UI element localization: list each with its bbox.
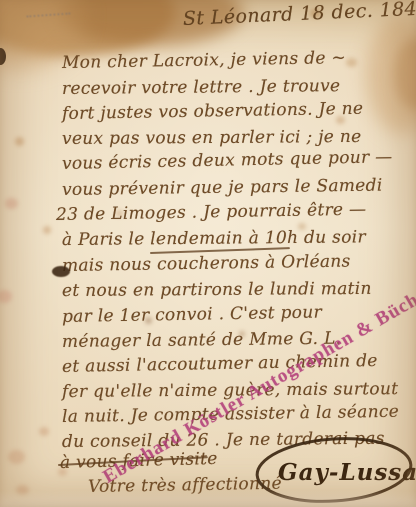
letter-line: Mon cher Lacroix, je viens de ~: [62, 47, 346, 74]
signature-text: Gay-Lussac: [278, 459, 416, 486]
ink-blot: [52, 266, 70, 277]
letter-line: par le 1er convoi . C'est pour: [62, 301, 322, 328]
foxing-spot: [39, 427, 49, 436]
foxing-spot: [16, 485, 29, 495]
foxing-spot: [15, 137, 24, 146]
letter-line: 23 de Limoges . Je pourrais être —: [56, 199, 367, 226]
foxing-spot: [5, 198, 18, 209]
letter-line: vous écris ces deux mots que pour —: [62, 146, 393, 175]
foxing-spot: [0, 290, 12, 303]
letter-line: et nous en partirons le lundi matin: [62, 278, 372, 302]
foxing-spot: [8, 450, 25, 464]
letter-line: fort justes vos observations. Je ne: [62, 98, 364, 125]
letter-line: recevoir votre lettre . Je trouve: [62, 75, 341, 100]
letter-line: veux pas vous en parler ici ; je ne: [62, 126, 362, 150]
letter-page: St Léonard 18 dec. 1843 Mon cher Lacroix…: [0, 0, 416, 507]
foxing-spot: [346, 58, 357, 67]
foxing-spot: [43, 226, 51, 234]
letter-line: ménager la santé de Mme G. L.: [62, 328, 342, 353]
letter-line: à Paris le lendemain à 10h du soir: [62, 226, 366, 251]
signature: Gay-Lussac: [252, 430, 416, 507]
letter-line: vous prévenir que je pars le Samedi: [62, 175, 383, 201]
letter-line: mais nous coucherons à Orléans: [62, 250, 351, 277]
